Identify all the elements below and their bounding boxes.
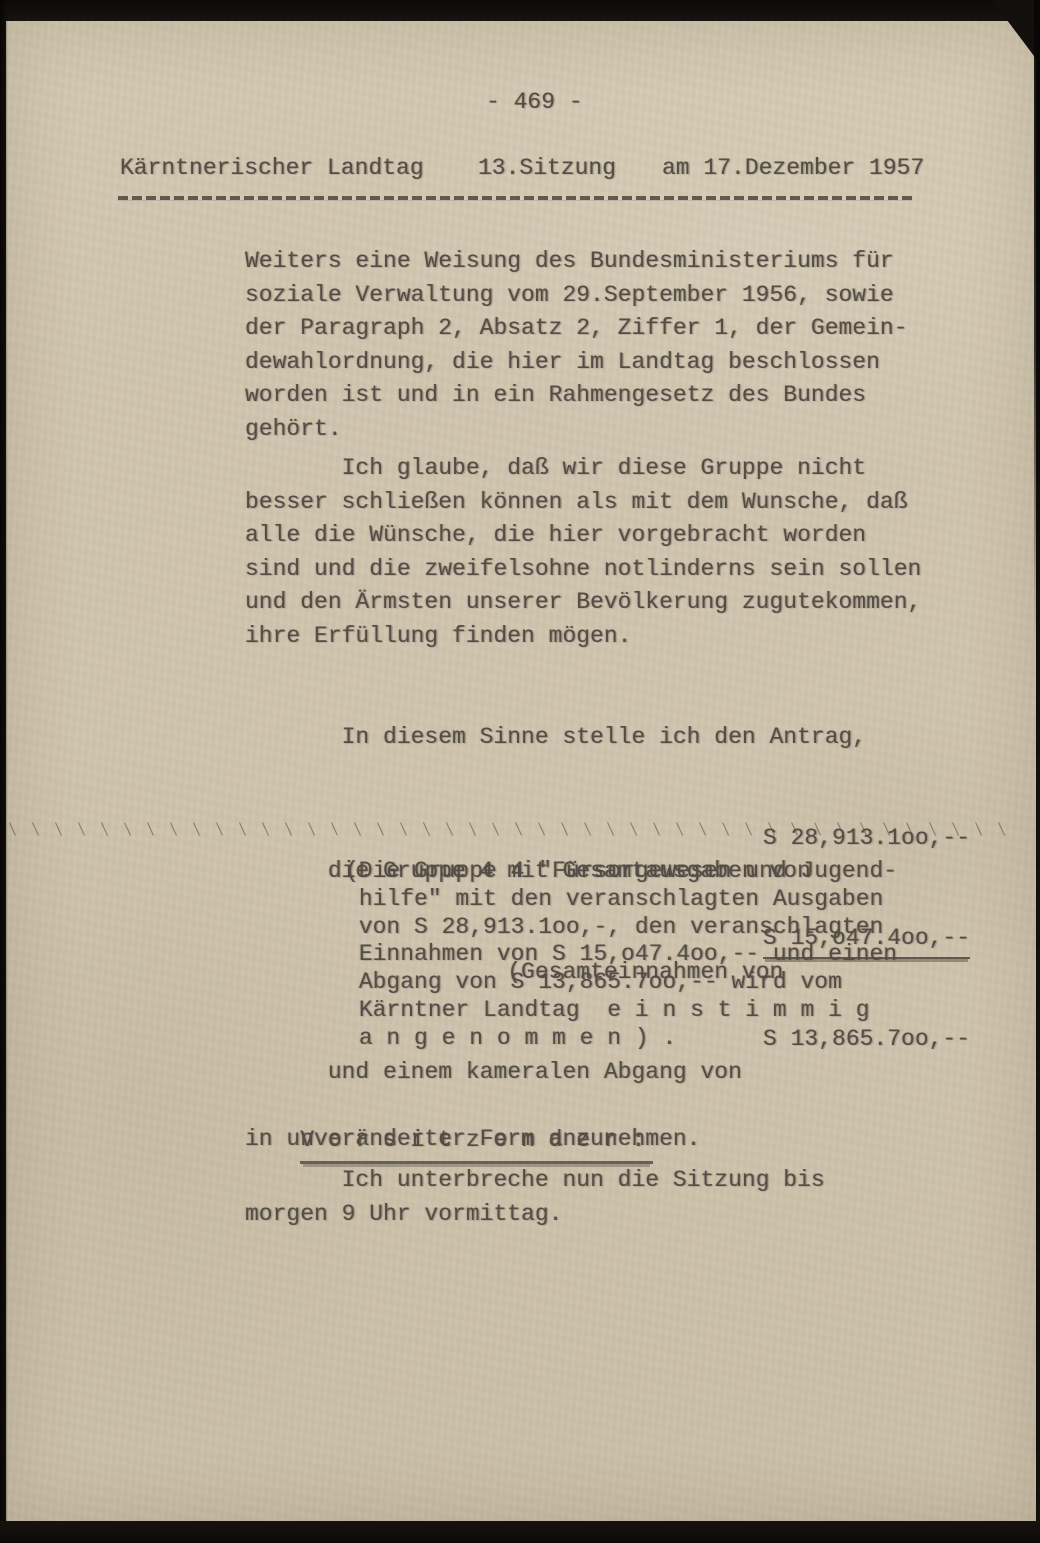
scan-edge-left: [0, 0, 8, 1543]
paragraph-weisung: Weiters eine Weisung des Bundesministeri…: [245, 245, 945, 446]
chair-heading-text: V o r s i t z e n d e r :: [300, 1124, 653, 1165]
scan-edge-right: [1034, 0, 1040, 640]
closing-paragraph: Ich unterbreche nun die Sitzung bis morg…: [245, 1164, 955, 1231]
page-number: - 469 -: [486, 86, 583, 120]
typewriter-tick-marks-row: \ \ \ \ \ \ \ \ \ \ \ \ \ \ \ \ \ \ \ \ …: [8, 823, 1038, 841]
header-session: 13.Sitzung: [478, 152, 616, 186]
resolution-block: (Die Gruppe 4 "Fürsorgewesen und Jugend-…: [345, 858, 965, 1053]
paragraph-glaube: Ich glaube, daß wir diese Gruppe nicht b…: [245, 452, 955, 653]
scan-edge-bottom: [0, 1521, 1040, 1543]
motion-line-1: In diesem Sinne stelle ich den Antrag,: [245, 721, 1025, 755]
scanned-page: - 469 - Kärntnerischer Landtag 13.Sitzun…: [0, 0, 1040, 1543]
document-header: Kärntnerischer Landtag 13.Sitzung am 17.…: [120, 152, 940, 186]
header-title: Kärntnerischer Landtag: [120, 152, 424, 186]
header-date: am 17.Dezember 1957: [662, 152, 924, 186]
motion-line-4-label: und einem kameralen Abgang von: [328, 1059, 742, 1085]
header-rule: [118, 196, 912, 200]
scan-edge-top: [0, 0, 1040, 21]
